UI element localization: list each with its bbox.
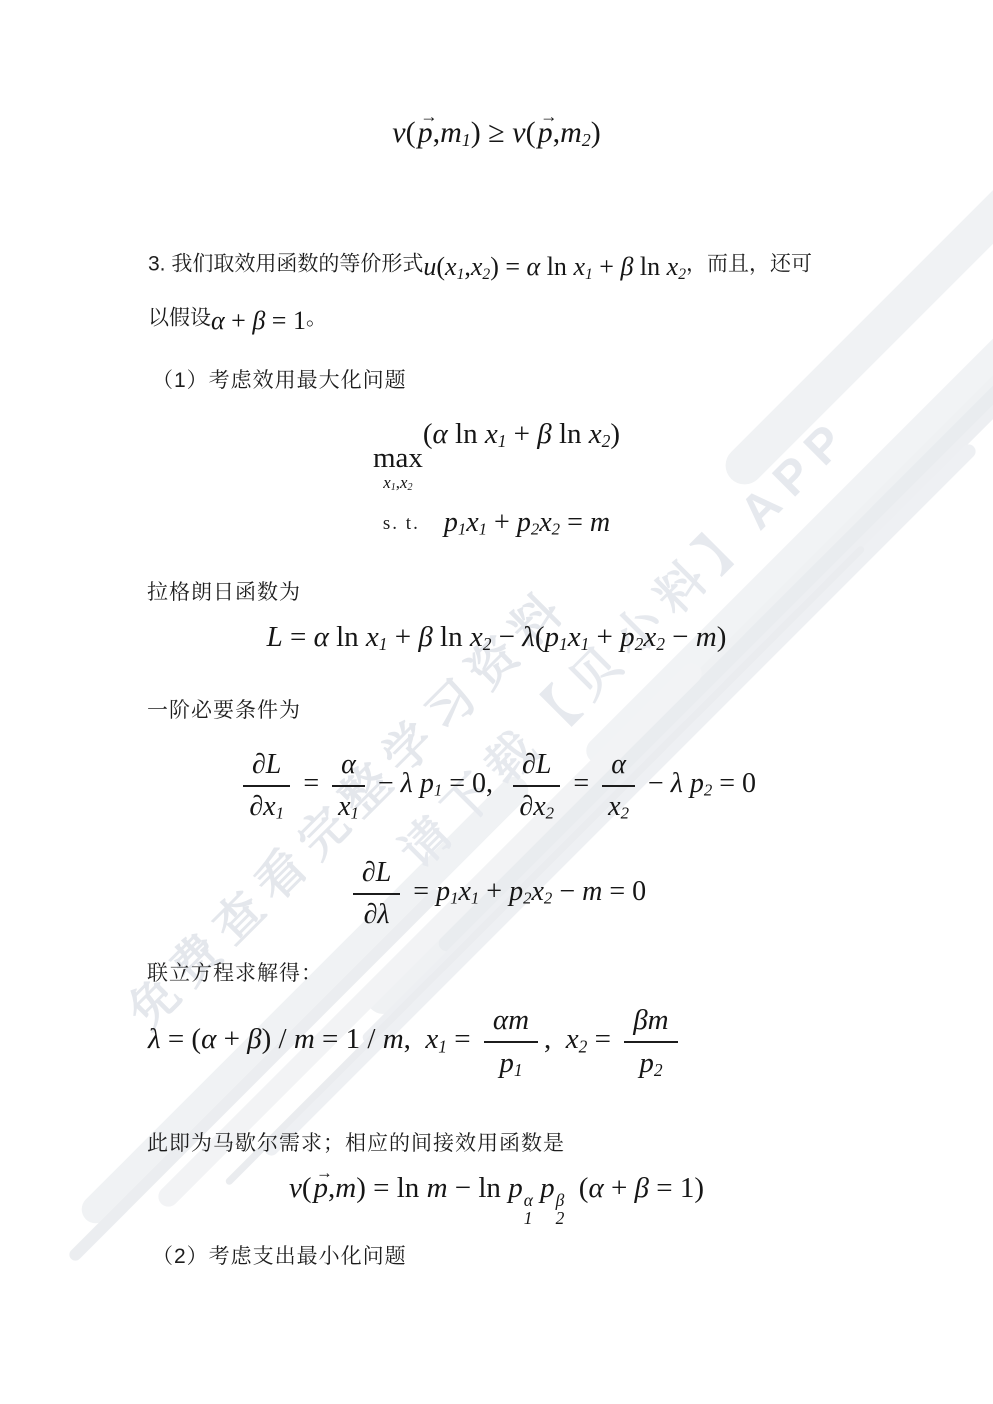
equation-solution: λ = (α + β) / m = 1 / m, x1 = αmp1, x2 =… — [148, 1003, 684, 1081]
heading-item-1: （1）考虑效用最大化问题 — [152, 364, 407, 394]
paragraph-utility-form: 3. 我们取效用函数的等价形式u(x1,x2) = α ln x1 + β ln… — [148, 248, 812, 287]
paragraph-assumption: 以假设α + β = 1。 — [148, 302, 327, 340]
paragraph-text-assume: 以假设 — [148, 306, 211, 329]
heading-item-2: （2）考虑支出最小化问题 — [152, 1240, 407, 1270]
equation-value-comparison: v(→p,m1) ≥ v(→p,m2) — [0, 116, 993, 151]
equation-budget-constraint-formula: p1x1 + p2x2 = m — [444, 507, 610, 538]
document-content: v(→p,m1) ≥ v(→p,m2) 3. 我们取效用函数的等价形式u(x1,… — [0, 0, 993, 1404]
equation-max-problem-formula: maxx1,x2(α ln x1 + β ln x2) — [373, 418, 620, 450]
paragraph-text-post: ，而且，还可 — [686, 252, 812, 275]
equation-first-order-conditions: ∂L∂x1 = αx1 − λ p1 = 0, ∂L∂x2 = αx2 − λ … — [0, 748, 993, 823]
equation-lagrangian-formula: L = α ln x1 + β ln x2 − λ(p1x1 + p2x2 − … — [267, 621, 727, 653]
equation-partial-lambda: ∂L∂λ = p1x1 + p2x2 − m = 0 — [0, 856, 993, 931]
equation-first-order-conditions-formula: ∂L∂x1 = αx1 − λ p1 = 0, ∂L∂x2 = αx2 − λ … — [237, 768, 756, 799]
inline-equation-alpha-beta: α + β = 1 — [211, 306, 306, 335]
inline-equation-utility: u(x1,x2) = α ln x1 + β ln x2 — [423, 252, 686, 281]
label-lagrangian: 拉格朗日函数为 — [147, 576, 301, 606]
equation-budget-constraint: s. t.p1x1 + p2x2 = m — [0, 507, 993, 540]
subject-to-label: s. t. — [383, 513, 420, 534]
equation-solution-formula: λ = (α + β) / m = 1 / m, x1 = αmp1, x2 =… — [148, 1023, 684, 1055]
label-first-order-conditions: 一阶必要条件为 — [147, 694, 301, 724]
document-page: 免费查看完整学习资料 请下载【贝小料】APP v(→p,m1) ≥ v(→p,m… — [0, 0, 993, 1404]
paragraph-text-period: 。 — [306, 306, 327, 329]
equation-value-comparison-formula: v(→p,m1) ≥ v(→p,m2) — [392, 116, 600, 149]
equation-max-problem: maxx1,x2(α ln x1 + β ln x2) — [0, 418, 993, 493]
paragraph-text-pre: 3. 我们取效用函数的等价形式 — [148, 252, 423, 275]
equation-lagrangian: L = α ln x1 + β ln x2 − λ(p1x1 + p2x2 − … — [0, 621, 993, 655]
label-marshallian-demand: 此即为马歇尔需求；相应的间接效用函数是 — [147, 1127, 565, 1157]
equation-indirect-utility: v(→p,m) = ln m − ln pα1 pβ2 (α + β = 1) — [0, 1172, 993, 1227]
label-solve-equations: 联立方程求解得： — [147, 957, 323, 987]
equation-partial-lambda-formula: ∂L∂λ = p1x1 + p2x2 − m = 0 — [347, 876, 646, 907]
equation-indirect-utility-formula: v(→p,m) = ln m − ln pα1 pβ2 (α + β = 1) — [289, 1172, 704, 1204]
